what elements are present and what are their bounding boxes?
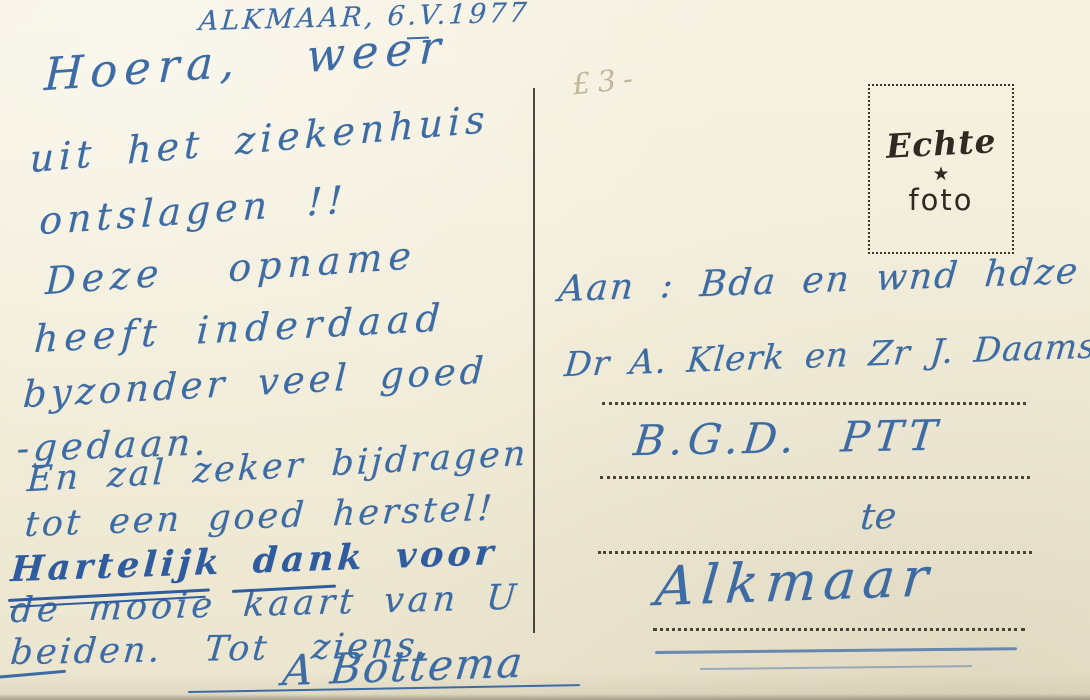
address-dotted-rule: [653, 628, 1025, 631]
message-line: Deze opname: [45, 236, 418, 300]
address-line: Aan : Bda en wnd hdze: [557, 254, 1081, 308]
address-dotted-rule: [600, 476, 1030, 479]
city-flourish-stroke: [700, 665, 972, 670]
address-line: te: [859, 499, 898, 536]
message-line: uit het ziekenhuis: [29, 100, 489, 178]
stamp-box-label-bottom: foto: [908, 186, 973, 215]
star-icon: ★: [932, 165, 949, 184]
address-line-city: Alkmaar: [653, 550, 937, 614]
stamp-box: Echte ★ foto: [868, 84, 1014, 254]
message-line: byzonder veel goed: [22, 352, 488, 413]
pencil-price-mark: £3-: [570, 61, 641, 102]
message-line: ontslagen !!: [39, 180, 348, 240]
address-line: B.G.D. PTT: [632, 415, 944, 462]
city-flourish-stroke: [655, 647, 1017, 654]
scan-edge-shadow: [0, 694, 1090, 700]
postcard-back: ALKMAAR, 6.V.1977 £3- Hoera, weer uit he…: [0, 0, 1090, 700]
message-line: Hoera, weer: [43, 24, 448, 97]
address-dotted-rule: [602, 402, 1026, 405]
signature: A Bottema: [281, 642, 527, 693]
divider-line: [533, 88, 535, 633]
message-line: heeft inderdaad: [33, 298, 447, 358]
stamp-box-label-top: Echte: [885, 121, 997, 166]
address-line: Dr A. Klerk en Zr J. Daams: [563, 329, 1090, 382]
